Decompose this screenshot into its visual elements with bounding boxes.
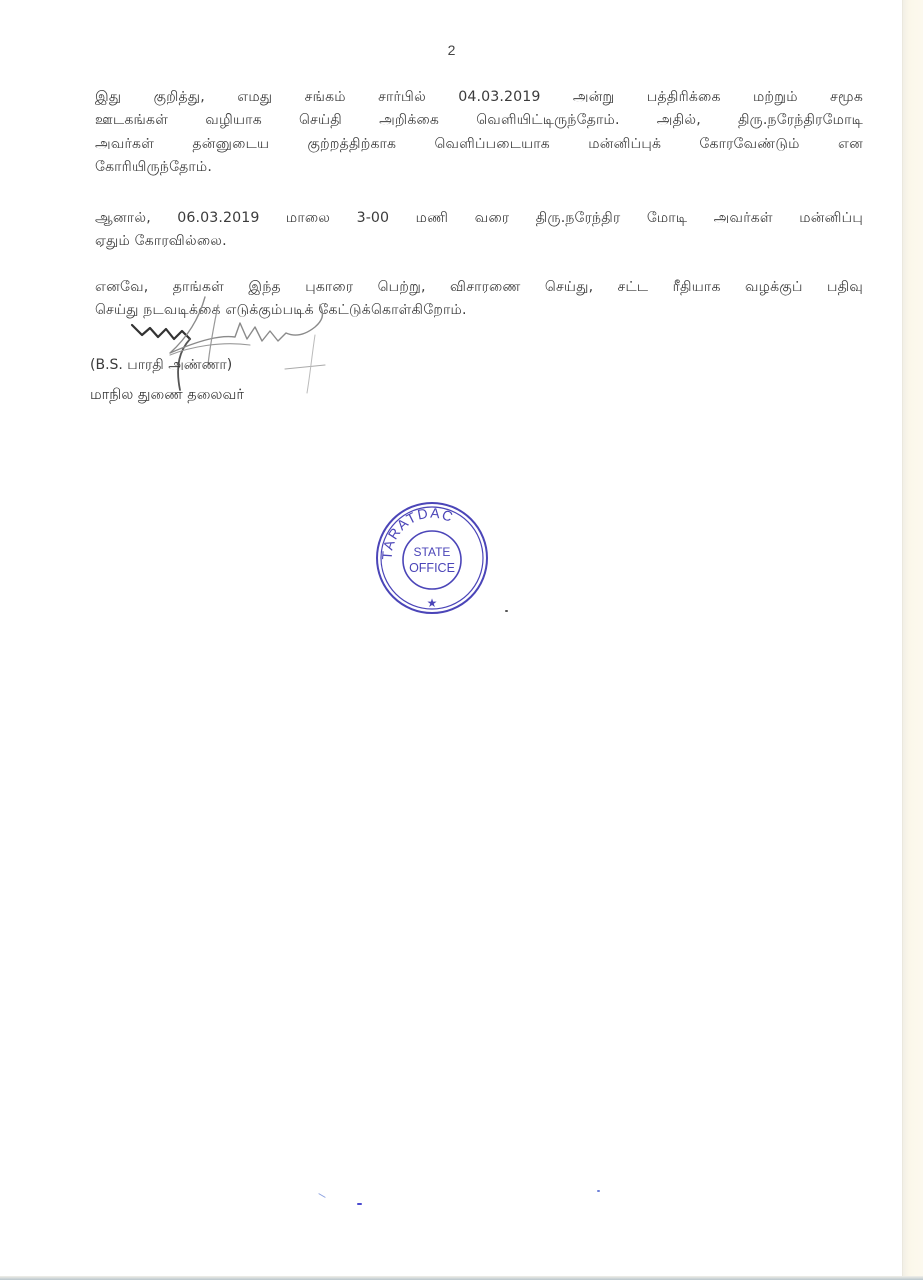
ink-speck [505, 610, 508, 612]
ink-speck [597, 1190, 600, 1192]
text-line: ஊடகங்கள் வழியாக செய்தி அறிக்கை வெளியிட்ட… [95, 109, 863, 132]
text-line: அவர்கள் தன்னுடைய குற்றத்திற்காக வெளிப்பட… [95, 133, 863, 156]
page-number: 2 [0, 42, 903, 58]
ink-speck [357, 1203, 362, 1205]
signature-icon [110, 295, 350, 395]
paper-bottom-edge [0, 1276, 923, 1280]
paragraph-2: ஆனால், 06.03.2019 மாலை 3-00 மணி வரை திரு… [95, 207, 863, 254]
signatory-name: (B.S. பாரதி அண்ணா) [90, 357, 232, 375]
star-icon: ★ [427, 596, 438, 610]
office-stamp-icon: TARATDAC STATE OFFICE ★ [374, 500, 490, 616]
ink-speck [318, 1193, 325, 1198]
paper-edge [902, 0, 923, 1280]
text-line: ஏதும் கோரவில்லை. [95, 230, 863, 253]
signatory-designation: மாநில துணை தலைவர் [90, 387, 244, 405]
stamp-line-2: OFFICE [409, 561, 455, 575]
text-line: கோரியிருந்தோம். [95, 156, 863, 179]
text-line: ஆனால், 06.03.2019 மாலை 3-00 மணி வரை திரு… [95, 207, 863, 230]
stamp-line-1: STATE [414, 545, 451, 559]
paragraph-1: இது குறித்து, எமது சங்கம் சார்பில் 04.03… [95, 86, 863, 180]
text-line: இது குறித்து, எமது சங்கம் சார்பில் 04.03… [95, 86, 863, 109]
